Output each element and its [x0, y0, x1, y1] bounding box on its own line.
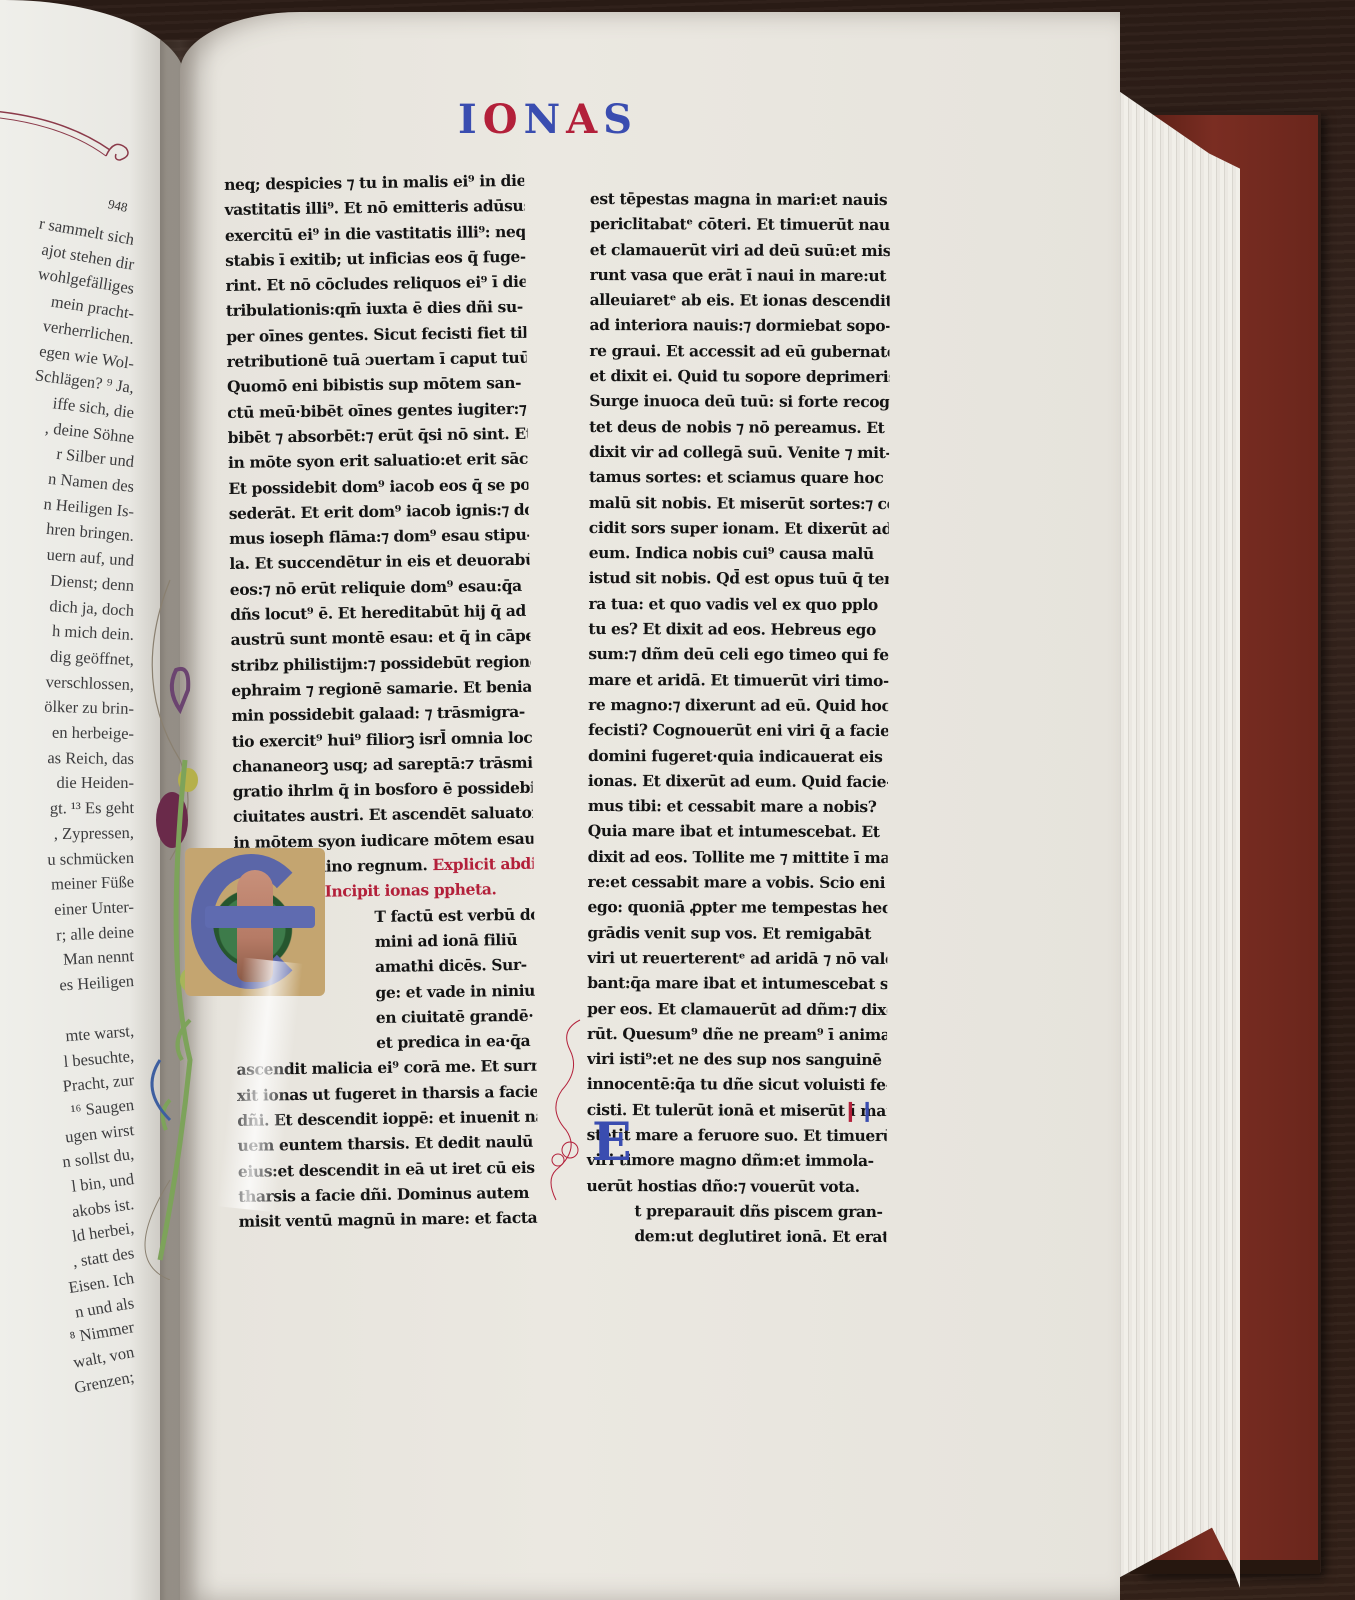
latin-text-line: per eos. Et clamauerūt ad dñm:⁊ dixe-	[587, 995, 887, 1021]
german-text-line: , Zypressen,	[0, 821, 134, 848]
blue-initial-e: E	[592, 1115, 626, 1171]
latin-text-line: la. Et succendētur in eis et deuorabūt	[229, 547, 529, 576]
latin-text-line: ionas. Et dixerūt ad eum. Quid facie-	[588, 768, 888, 794]
latin-text-line: t preparauit dñs piscem gran-	[586, 1198, 886, 1224]
latin-text-line: re magno:⁊ dixerunt ad eū. Quid hoc	[588, 692, 888, 718]
latin-text-line: dixit ad eos. Tollite me ⁊ mittite ī ma-	[588, 844, 888, 870]
german-text-line: u schmücken	[0, 846, 134, 874]
german-text-column: r sammelt sichajot stehen dirwohlgefälli…	[0, 228, 134, 1389]
latin-text-line: Surge inuoca deū tuū: si forte recogi-	[589, 388, 889, 414]
latin-text-line: tu es? Et dixit ad eos. Hebreus ego	[588, 616, 888, 642]
latin-text-line: et clamauerūt viri ad deū suū:et mise-	[590, 237, 890, 263]
latin-text-line: cidit sors super ionam. Et dixerūt ad	[589, 515, 889, 541]
latin-text-line: re graui. Et accessit ad eū gubernator:	[589, 338, 889, 364]
latin-text-line: ad interiora nauis:⁊ dormiebat sopo-	[589, 312, 889, 338]
latin-text-line: dem:ut deglutiret ionā. Et erat	[586, 1223, 886, 1249]
latin-text-line: tio exercit⁹ hui⁹ filiorꝫ isrl̄ omnia lo…	[232, 724, 532, 753]
german-text-line: dig geöffnet,	[0, 642, 135, 672]
latin-text-line: malū sit nobis. Et miserūt sortes:⁊ ce-	[589, 490, 889, 516]
ornamental-flourish-icon	[0, 100, 140, 170]
german-text-line: as Reich, das	[0, 745, 134, 771]
latin-text-line: ego: quoniā ꝓpter me tempestas hec	[587, 894, 887, 920]
latin-text-line: dixit vir ad collegā suū. Venite ⁊ mit-	[589, 439, 889, 465]
german-text-line: ölker zu brin-	[0, 694, 134, 722]
german-text-line: en herbeige-	[0, 720, 134, 747]
title-letter: O	[483, 96, 524, 143]
latin-text-line: vastitatis illi⁹. Et nō emitteris adūsus	[224, 193, 524, 222]
latin-text-line: re:et cessabit mare a vobis. Scio eni	[588, 869, 888, 895]
latin-text-line: viri ut reuerterentᵉ ad aridā ⁊ nō vale-	[587, 945, 887, 971]
latin-text-line: ra tua: et quo vadis vel ex quo pplo	[588, 591, 888, 617]
latin-text-line: tamus sortes: et sciamus quare hoc	[589, 464, 889, 490]
latin-text-line: in mōte syon erit saluatio:et erit sācta…	[228, 446, 528, 475]
german-text-line: die Heiden-	[0, 771, 134, 796]
book-cover-edge	[1130, 1560, 1320, 1574]
latin-text-line: misit ventū magnū in mare: et facta	[238, 1205, 538, 1234]
latin-text-line: uerūt hostias dño:⁊ vouerūt vota.	[586, 1173, 886, 1199]
latin-text-line: periclitabatᵉ cōteri. Et timuerūt naute:	[590, 211, 890, 237]
latin-text-line: fecisti? Cognouerūt eni viri q̄ a facie	[588, 717, 888, 743]
latin-text-line: grādis venit sup vos. Et remigabāt	[587, 920, 887, 946]
latin-text-line: tribulationis:qm̄ iuxta ē dies dñi su-	[226, 294, 526, 323]
german-text-line: gt. ¹³ Es geht	[0, 796, 134, 822]
latin-text-line: rūt. Quesum⁹ dñe ne pream⁹ ī anima	[587, 1021, 887, 1047]
paragraph-mark: ❙	[859, 1098, 876, 1122]
page-number: 948	[107, 196, 129, 216]
latin-text-line: runt vasa que erāt ī naui in mare:ut	[590, 262, 890, 288]
latin-text-line: tet deus de nobis ⁊ nō pereamus. Et	[589, 414, 889, 440]
latin-text-line: innocentē:q̄a tu dñe sicut voluisti fe-	[587, 1071, 887, 1097]
latin-text-line: stetit mare a feruore suo. Et timuerūt	[587, 1122, 887, 1148]
title-letter: A	[566, 96, 603, 143]
latin-text-line: Quomō eni bibistis sup mōtem san-	[227, 370, 527, 399]
initial-letter-crossbar	[205, 906, 315, 928]
latin-text-line: bant:q̄a mare ibat et intumescebat su-	[587, 970, 887, 996]
page-stack-edge	[1100, 78, 1240, 1588]
latin-text-line: mare et aridā. Et timuerūt viri timo-	[588, 667, 888, 693]
paragraph-marks: ❙❙	[842, 1098, 876, 1122]
latin-text-line: viri isti⁹:et ne des sup nos sanguinē	[587, 1046, 887, 1072]
latin-text-line: austrū sunt montē esau: et q̄ in cāpe-	[230, 623, 530, 652]
rubric-explicit: Explicit abdi-	[427, 854, 534, 875]
latin-text-line: et dixit ei. Quid tu sopore deprimeris?	[589, 363, 889, 389]
latin-text-line: domini fugeret·quia indicauerat eis	[588, 743, 888, 769]
paragraph-mark: ❙	[842, 1098, 859, 1122]
latin-text-line: ciuitates austri. Et ascendēt saluatores	[233, 800, 533, 829]
latin-text-line: istud sit nobis. Qd̄ est opus tuū q̄ ter…	[589, 565, 889, 591]
title-letter: N	[524, 96, 567, 143]
latin-text-line: Quia mare ibat et intumescebat. Et	[588, 818, 888, 844]
latin-text-line: eum. Indica nobis cui⁹ causa malū	[589, 540, 889, 566]
german-text-line: verschlossen,	[0, 668, 134, 697]
title-letter: S	[603, 96, 638, 143]
latin-text-line: min possidebit galaad: ⁊ trāsmigra-	[231, 699, 531, 728]
latin-text-line: sum:⁊ dñm deū celi ego timeo qui fecit	[588, 641, 888, 667]
latin-text-line: est tēpestas magna in mari:et nauis	[590, 186, 890, 212]
latin-text-column-right: est tēpestas magna in mari:et nauisperic…	[586, 186, 890, 1250]
title-letter: I	[458, 96, 483, 143]
latin-text-line: mus tibi: et cessabit mare a nobis?	[588, 793, 888, 819]
running-title-ionas: IONAS	[458, 96, 638, 143]
red-pen-flourish-icon	[540, 1010, 600, 1210]
latin-text-line: alleuiaretᵉ ab eis. Et ionas descendit	[590, 287, 890, 313]
